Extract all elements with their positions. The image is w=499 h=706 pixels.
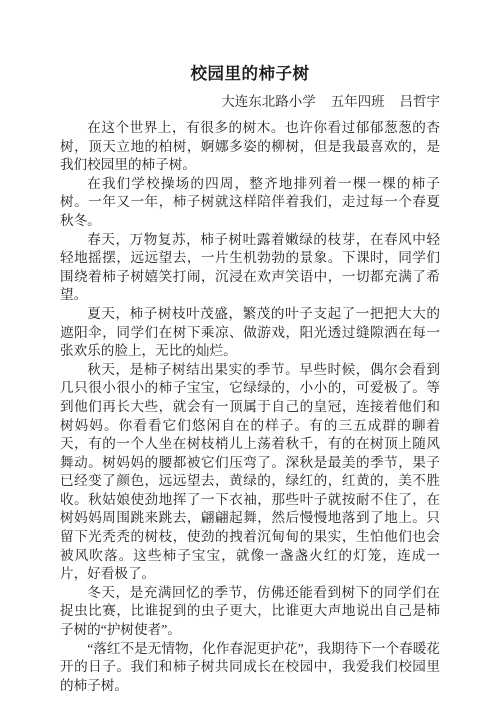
essay-paragraph: 在这个世界上，有很多的树木。也许你看过郁郁葱葱的杏树，顶天立地的柏树，婀娜多姿的… <box>60 119 440 175</box>
essay-paragraph: 在我们学校操场的四周，整齐地排列着一棵一棵的柿子树。一年又一年，柿子树就这样陪伴… <box>60 175 440 231</box>
essay-paragraph: 冬天，是充满回忆的季节，仿佛还能看到树下的同学们在捉虫比赛，比谁捉到的虫子更大，… <box>60 584 440 640</box>
document-page: 校园里的柿子树 大连东北路小学 五年四班 吕哲宇 在这个世界上，有很多的树木。也… <box>0 0 499 706</box>
byline-school: 大连东北路小学 <box>221 94 316 109</box>
essay-title: 校园里的柿子树 <box>60 62 440 85</box>
essay-paragraph: “落红不是无情物，化作春泥更护花”，我期待下一个春暖花开的日子。我们和柿子树共同… <box>60 640 440 696</box>
essay-paragraph: 夏天，柿子树枝叶茂盛，繁茂的叶子支起了一把把大大的遮阳伞，同学们在树下乘凉、做游… <box>60 305 440 361</box>
byline-class: 五年四班 <box>331 94 385 109</box>
essay-paragraph: 秋天，是柿子树结出果实的季节。早些时候，偶尔会看到几只很小很小的柿子宝宝，它绿绿… <box>60 361 440 584</box>
byline: 大连东北路小学 五年四班 吕哲宇 <box>60 92 440 111</box>
essay-paragraph: 春天，万物复苏，柿子树吐露着嫩绿的枝芽，在春风中轻轻地摇摆，远远望去，一片生机勃… <box>60 231 440 305</box>
byline-author: 吕哲宇 <box>400 94 441 109</box>
essay-body: 在这个世界上，有很多的树木。也许你看过郁郁葱葱的杏树，顶天立地的柏树，婀娜多姿的… <box>60 119 440 695</box>
